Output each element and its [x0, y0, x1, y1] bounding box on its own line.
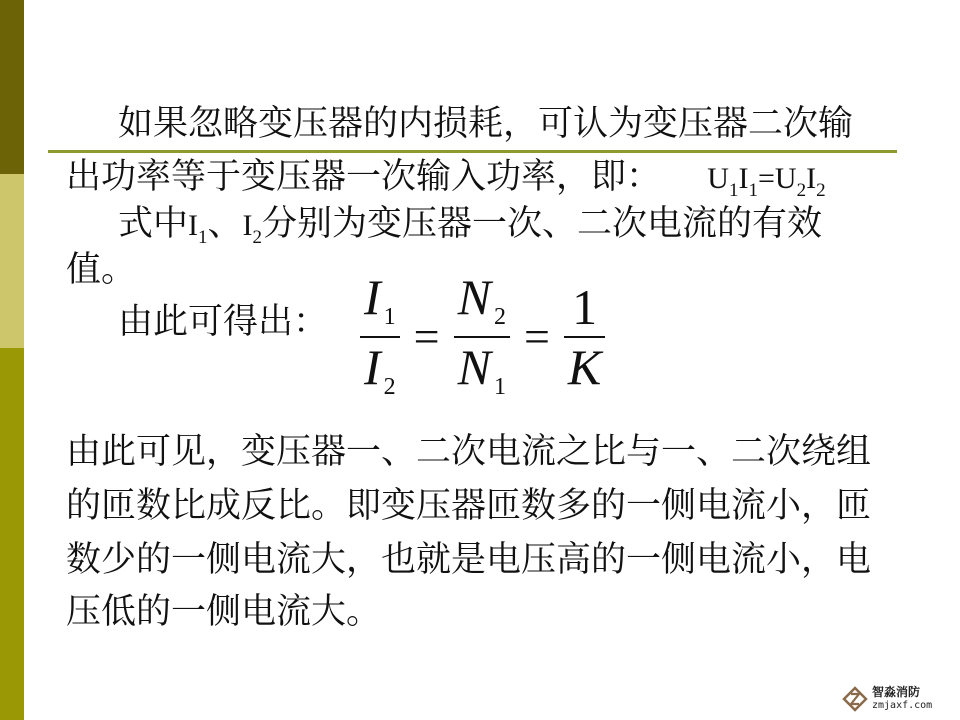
slide-sidebar — [0, 0, 24, 720]
conclusion-line-1: 由此可见，变压器一、二次电流之比与一、二次绕组 — [66, 426, 871, 478]
equals-sign: = — [412, 314, 442, 360]
watermark: 智淼消防 zmjaxf.com — [842, 682, 952, 716]
equals-sign: = — [522, 314, 552, 360]
brand-logo-icon — [842, 686, 868, 712]
paragraph2-line2: 值。 — [66, 250, 136, 290]
fraction-turns: N2 N1 — [454, 268, 510, 406]
sidebar-band-light — [0, 174, 24, 348]
paragraph1-line1-text: 如果忽略变压器的内损耗，可认为变压器二次输 — [118, 104, 853, 144]
fraction-current: I1 I2 — [360, 268, 400, 406]
sidebar-band-olive — [0, 348, 24, 720]
current-ratio-formula: I1 I2 = N2 N1 = 1 K — [360, 272, 605, 402]
conclusion-line-4: 压低的一侧电流大。 — [66, 586, 381, 638]
derivation-label: 由此可得出： — [118, 302, 328, 342]
sidebar-band-dark — [0, 0, 24, 174]
paragraph2-line1: 式中I1、I2分别为变压器一次、二次电流的有效 — [118, 204, 822, 258]
paragraph1-line1: 如果忽略变压器的内损耗，可认为变压器二次输 — [118, 104, 853, 144]
watermark-name: 智淼消防 — [872, 686, 932, 699]
paragraph1-line2-text: 出功率等于变压器一次输入功率，即： — [66, 157, 661, 197]
fraction-k: 1 K — [564, 278, 605, 396]
conclusion-line-3: 数少的一侧电流大，也就是电压高的一侧电流小，电 — [66, 534, 871, 586]
power-equation: U1I1=U2I2 — [707, 162, 825, 195]
paragraph1-line2: 出功率等于变压器一次输入功率，即： U1I1=U2I2 — [66, 157, 826, 211]
watermark-url: zmjaxf.com — [872, 699, 932, 712]
conclusion-line-2: 的匝数比成反比。即变压器匝数多的一侧电流小，匝 — [66, 480, 871, 532]
title-rule — [48, 150, 897, 153]
